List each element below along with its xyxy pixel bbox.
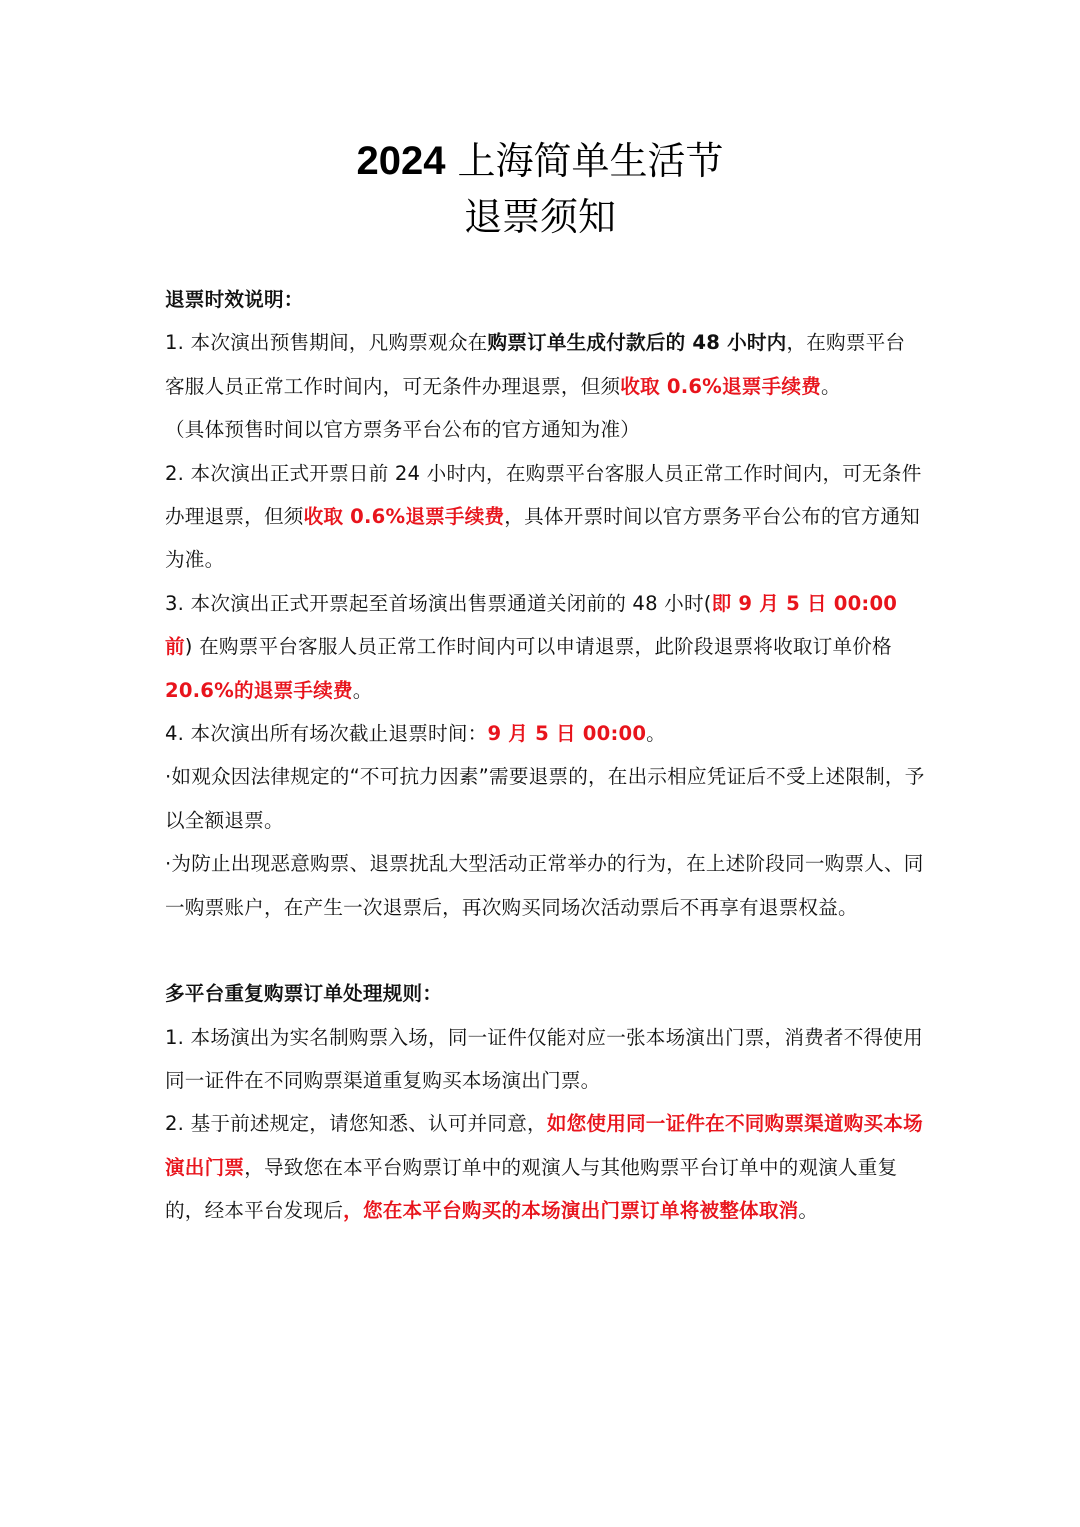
title-event: 上海简单生活节 xyxy=(458,139,724,183)
refund-rule-2: 2. 本次演出正式开票日前 24 小时内，在购票平台客服人员正常工作时间内，可无… xyxy=(165,452,925,582)
highlight-deadline: 9 月 5 日 00:00 xyxy=(487,722,646,745)
refund-rule-1: 1. 本次演出预售期间，凡购票观众在购票订单生成付款后的 48 小时内，在购票平… xyxy=(165,321,925,408)
refund-rule-1-note: （具体预售时间以官方票务平台公布的官方通知为准） xyxy=(165,408,925,451)
document-body: 退票时效说明： 1. 本次演出预售期间，凡购票观众在购票订单生成付款后的 48 … xyxy=(165,278,925,1233)
text: 。 xyxy=(821,375,841,398)
force-majeure-note: ·如观众因法律规定的“不可抗力因素”需要退票的，在出示相应凭证后不受上述限制，予… xyxy=(165,755,925,842)
highlight-fee: 20.6%的退票手续费 xyxy=(165,679,353,702)
text: 4. 本次演出所有场次截止退票时间： xyxy=(165,722,487,745)
text: 。 xyxy=(798,1199,818,1222)
page-title: 2024 上海简单生活节 xyxy=(0,136,1080,186)
text: 2. 基于前述规定，请您知悉、认可并同意， xyxy=(165,1112,547,1135)
highlight-fee: 收取 0.6%退票手续费 xyxy=(304,505,505,528)
duplicate-rule-1: 1. 本场演出为实名制购票入场，同一证件仅能对应一张本场演出门票，消费者不得使用… xyxy=(165,1016,925,1103)
text: 。 xyxy=(353,679,373,702)
section-heading-refund-timing: 退票时效说明： xyxy=(165,278,925,321)
refund-rule-3: 3. 本次演出正式开票起至首场演出售票通道关闭前的 48 小时(即 9 月 5 … xyxy=(165,582,925,712)
text: ) 在购票平台客服人员正常工作时间内可以申请退票，此阶段退票将收取订单价格 xyxy=(185,635,892,658)
section-heading-duplicate-orders: 多平台重复购票订单处理规则： xyxy=(165,972,925,1015)
highlight-consequence: ，您在本平台购买的本场演出门票订单将被整体取消 xyxy=(343,1199,798,1222)
highlight-fee: 收取 0.6%退票手续费 xyxy=(620,375,821,398)
refund-rule-4: 4. 本次演出所有场次截止退票时间：9 月 5 日 00:00。 xyxy=(165,712,925,755)
duplicate-rule-2: 2. 基于前述规定，请您知悉、认可并同意，如您使用同一证件在不同购票渠道购买本场… xyxy=(165,1102,925,1232)
text: 1. 本次演出预售期间，凡购票观众在 xyxy=(165,331,487,354)
text: 3. 本次演出正式开票起至首场演出售票通道关闭前的 48 小时( xyxy=(165,592,712,615)
text: 。 xyxy=(646,722,666,745)
bold-text: 购票订单生成付款后的 48 小时内 xyxy=(487,331,786,354)
page-subtitle: 退票须知 xyxy=(0,192,1080,242)
section-spacer xyxy=(165,929,925,972)
title-year: 2024 xyxy=(356,139,445,183)
anti-abuse-note: ·为防止出现恶意购票、退票扰乱大型活动正常举办的行为，在上述阶段同一购票人、同一… xyxy=(165,842,925,929)
